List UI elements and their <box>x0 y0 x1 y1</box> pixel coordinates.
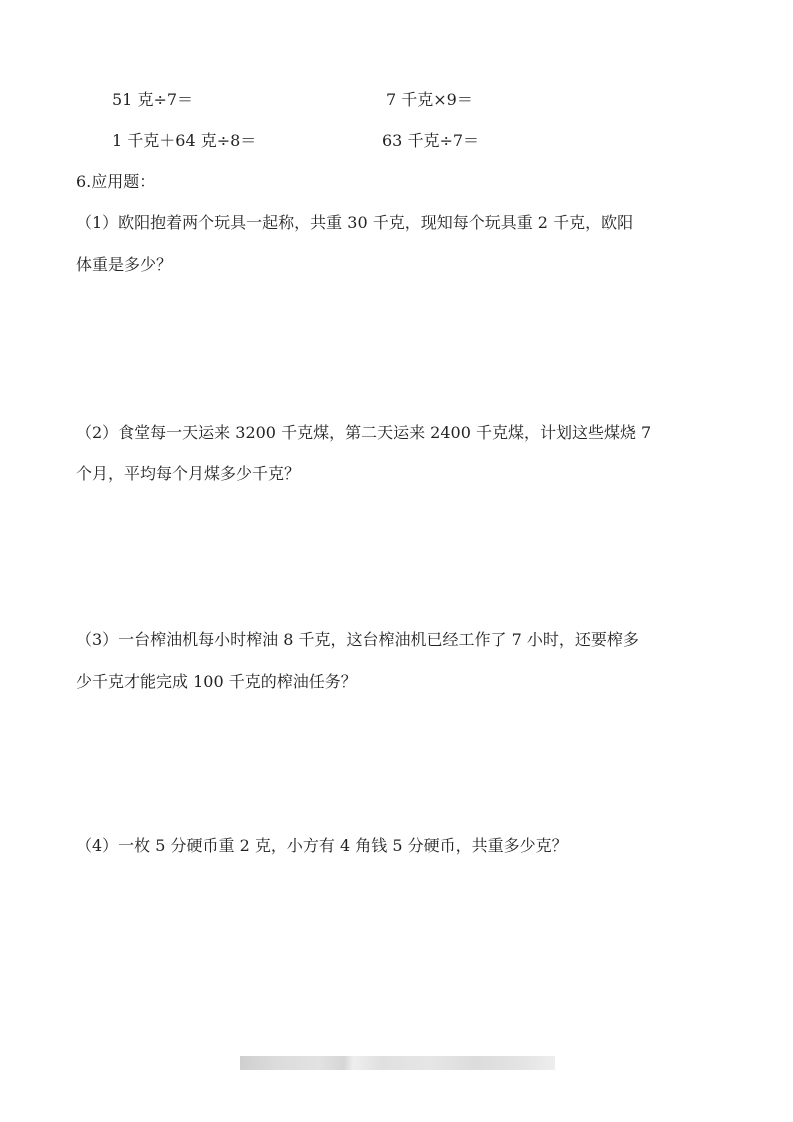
problem-1-line-2: 体重是多少？ <box>76 255 172 275</box>
section-title: 6.应用题： <box>76 172 155 192</box>
problem-1-line-1: （1）欧阳抱着两个玩具一起称，共重 30 千克，现知每个玩具重 2 千克，欧阳 <box>76 213 633 233</box>
problem-4-line-1: （4）一枚 5 分硬币重 2 克，小方有 4 角钱 5 分硬币，共重多少克？ <box>76 836 568 856</box>
problem-2-line-1: （2）食堂每一天运来 3200 千克煤，第二天运来 2400 千克煤，计划这些煤… <box>76 423 651 443</box>
calc-1-left: 51 克÷7＝ <box>112 90 193 110</box>
calc-2-left: 1 千克＋64 克÷8＝ <box>112 131 256 151</box>
problem-3-line-1: （3）一台榨油机每小时榨油 8 千克，这台榨油机已经工作了 7 小时，还要榨多 <box>76 630 639 650</box>
problem-3-line-2: 少千克才能完成 100 千克的榨油任务？ <box>76 672 357 692</box>
blurred-footer <box>240 1056 555 1070</box>
calc-2-right: 63 千克÷7＝ <box>382 131 479 151</box>
calc-1-right: 7 千克×9＝ <box>386 90 473 110</box>
problem-2-line-2: 个月，平均每个月煤多少千克？ <box>76 464 300 484</box>
